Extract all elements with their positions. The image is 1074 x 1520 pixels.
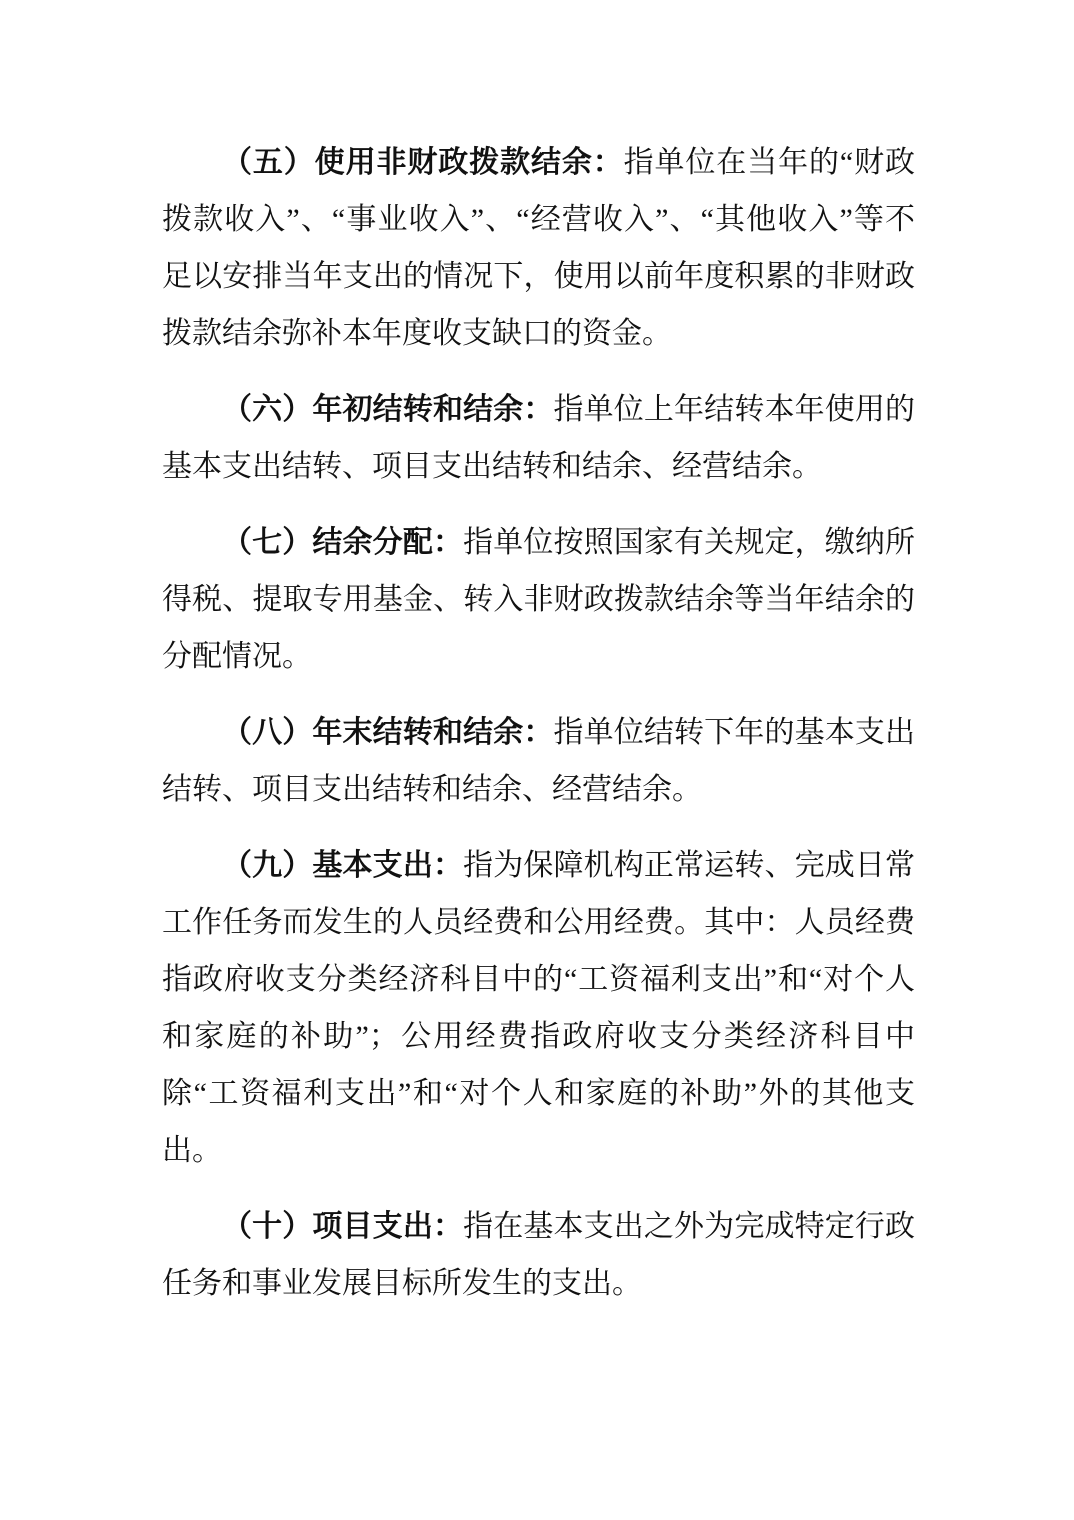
definition-text: 指为保障机构正常运转、完成日常工作任务而发生的人员经费和公用经费。其中：人员经费… xyxy=(162,849,915,1167)
definition-paragraph-6: （六）年初结转和结余：指单位上年结转本年使用的基本支出结转、项目支出结转和结余、… xyxy=(162,381,915,495)
definition-term: （七）结余分配： xyxy=(222,526,463,559)
definition-term: （六）年初结转和结余： xyxy=(222,393,554,426)
definition-paragraph-10: （十）项目支出：指在基本支出之外为完成特定行政任务和事业发展目标所发生的支出。 xyxy=(162,1198,915,1312)
definition-paragraph-8: （八）年末结转和结余：指单位结转下年的基本支出结转、项目支出结转和结余、经营结余… xyxy=(162,704,915,818)
definition-term: （五）使用非财政拨款结余： xyxy=(222,146,624,179)
definition-paragraph-9: （九）基本支出：指为保障机构正常运转、完成日常工作任务而发生的人员经费和公用经费… xyxy=(162,837,915,1179)
definition-term: （十）项目支出： xyxy=(222,1210,463,1243)
definition-paragraph-7: （七）结余分配：指单位按照国家有关规定，缴纳所得税、提取专用基金、转入非财政拨款… xyxy=(162,514,915,685)
definition-term: （九）基本支出： xyxy=(222,849,463,882)
document-page: （五）使用非财政拨款结余：指单位在当年的“财政拨款收入”、“事业收入”、“经营收… xyxy=(0,0,1074,1520)
definition-term: （八）年末结转和结余： xyxy=(222,716,554,749)
document-content: （五）使用非财政拨款结余：指单位在当年的“财政拨款收入”、“事业收入”、“经营收… xyxy=(162,134,915,1331)
definition-paragraph-5: （五）使用非财政拨款结余：指单位在当年的“财政拨款收入”、“事业收入”、“经营收… xyxy=(162,134,915,362)
